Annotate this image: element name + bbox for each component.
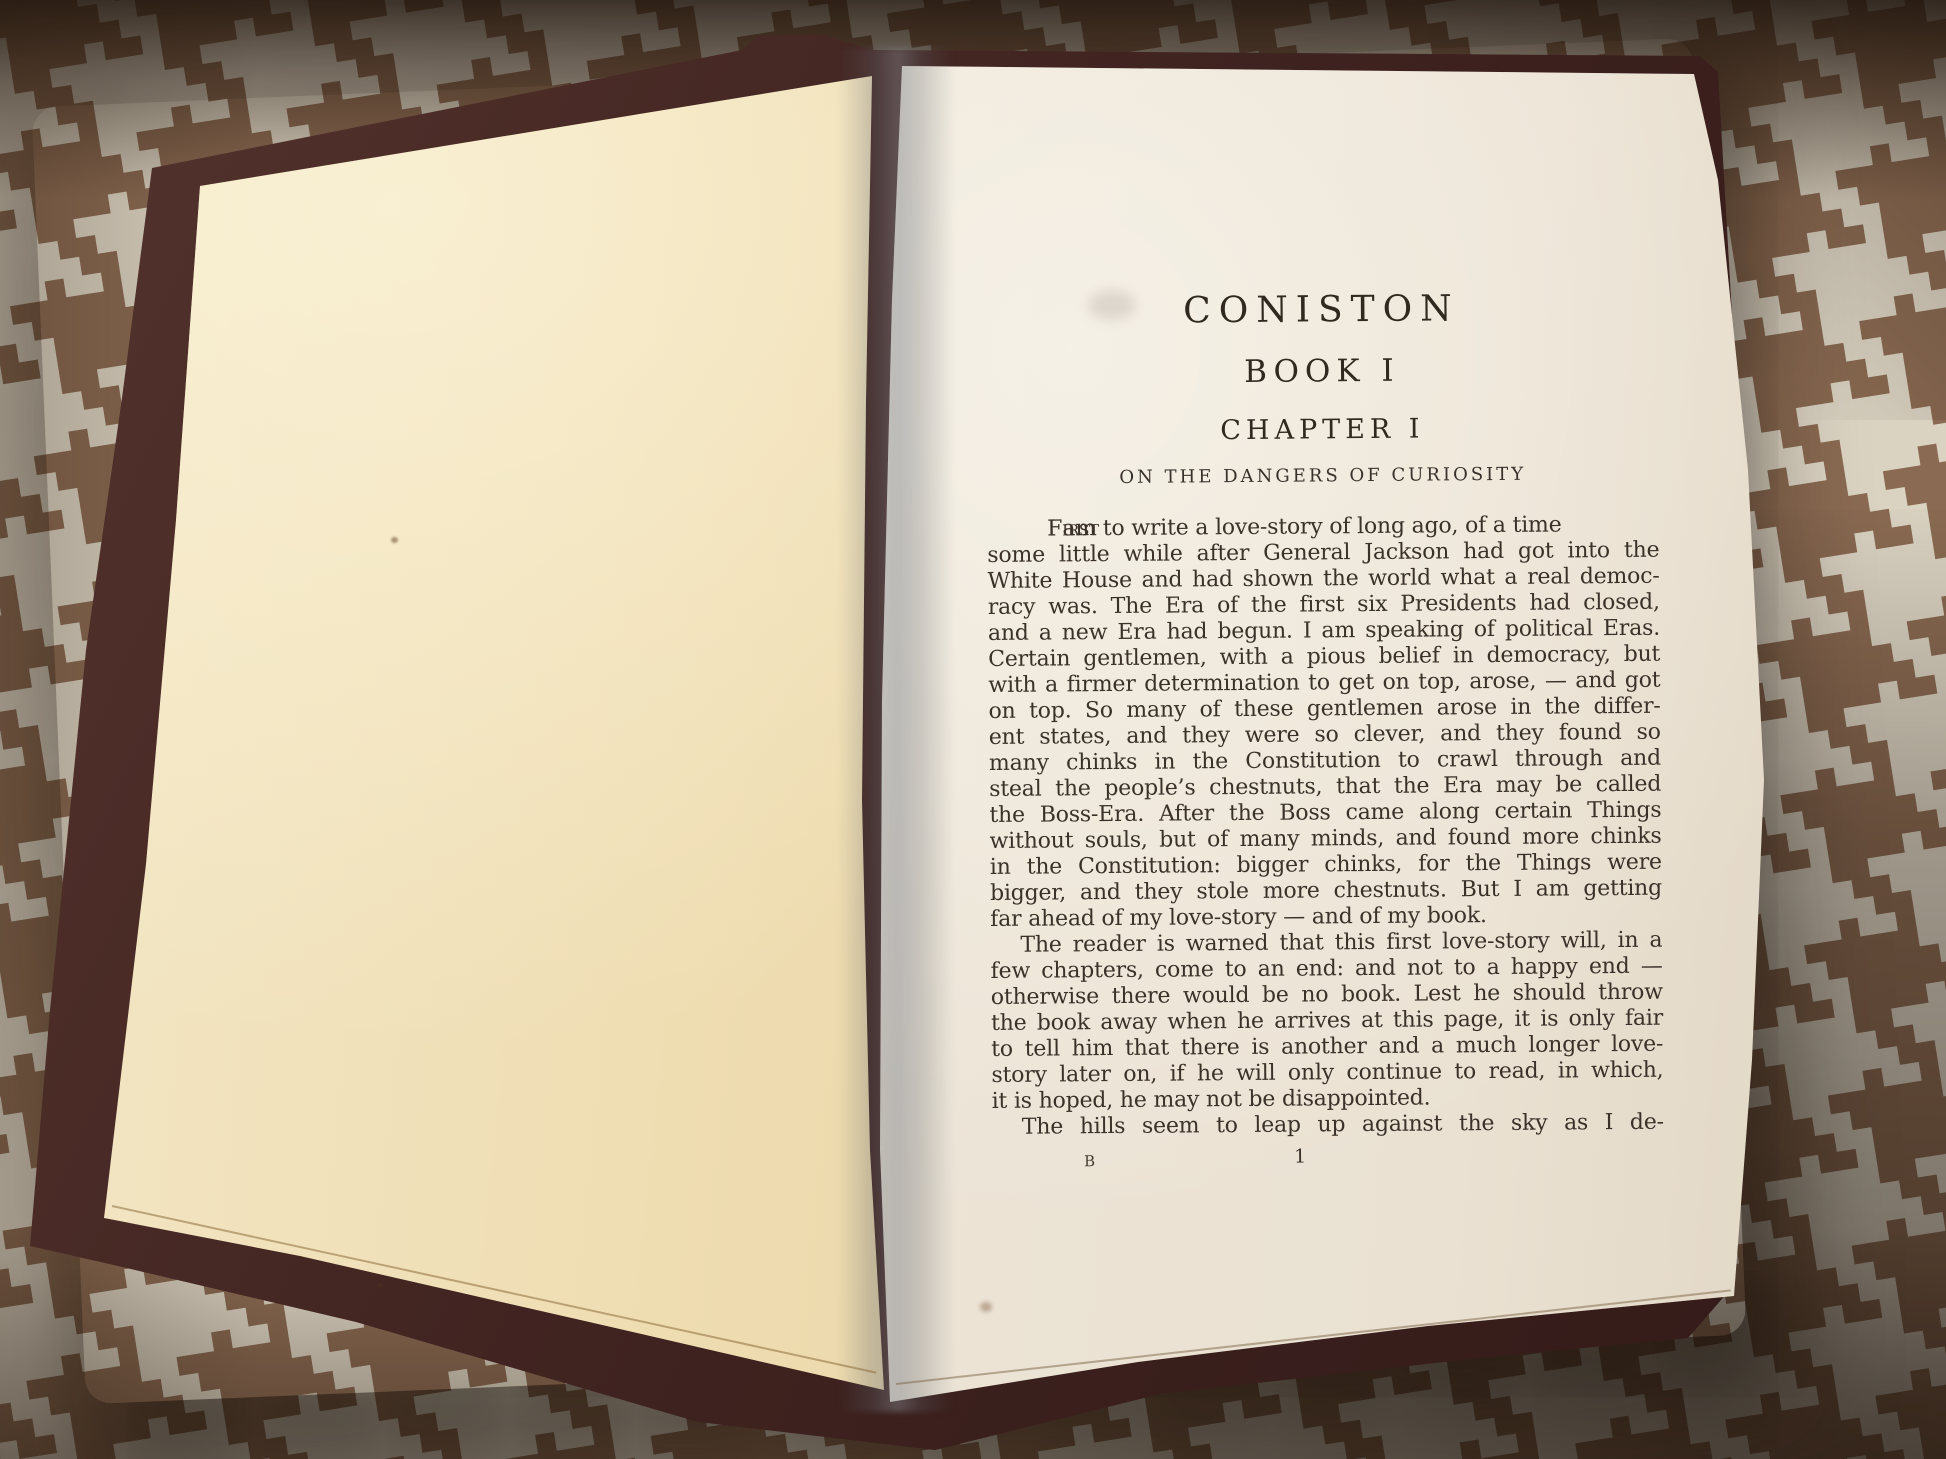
book-heading: BOOK I: [986, 354, 1658, 390]
signature-mark: B: [1084, 1152, 1095, 1170]
book-gutter: [838, 48, 954, 1412]
body-line: The hills seem to leap up against the sk…: [992, 1110, 1664, 1141]
foxing-spot: [980, 1302, 992, 1312]
page-number: 1: [1294, 1145, 1306, 1167]
chapter-subtitle: ON THE DANGERS OF CURIOSITY: [987, 465, 1659, 488]
page-content: CONISTON BOOK I CHAPTER I ON THE DANGERS…: [983, 0, 1665, 1250]
chapter-heading: CHAPTER I: [986, 414, 1658, 446]
book-title: CONISTON: [985, 290, 1657, 331]
foxing-spot: [391, 537, 398, 543]
photo-scene: CONISTON BOOK I CHAPTER I ON THE DANGERS…: [0, 0, 1946, 1459]
foxing-spot: [377, 1283, 383, 1288]
body-text: First I am to write a love-story of long…: [987, 512, 1664, 1141]
